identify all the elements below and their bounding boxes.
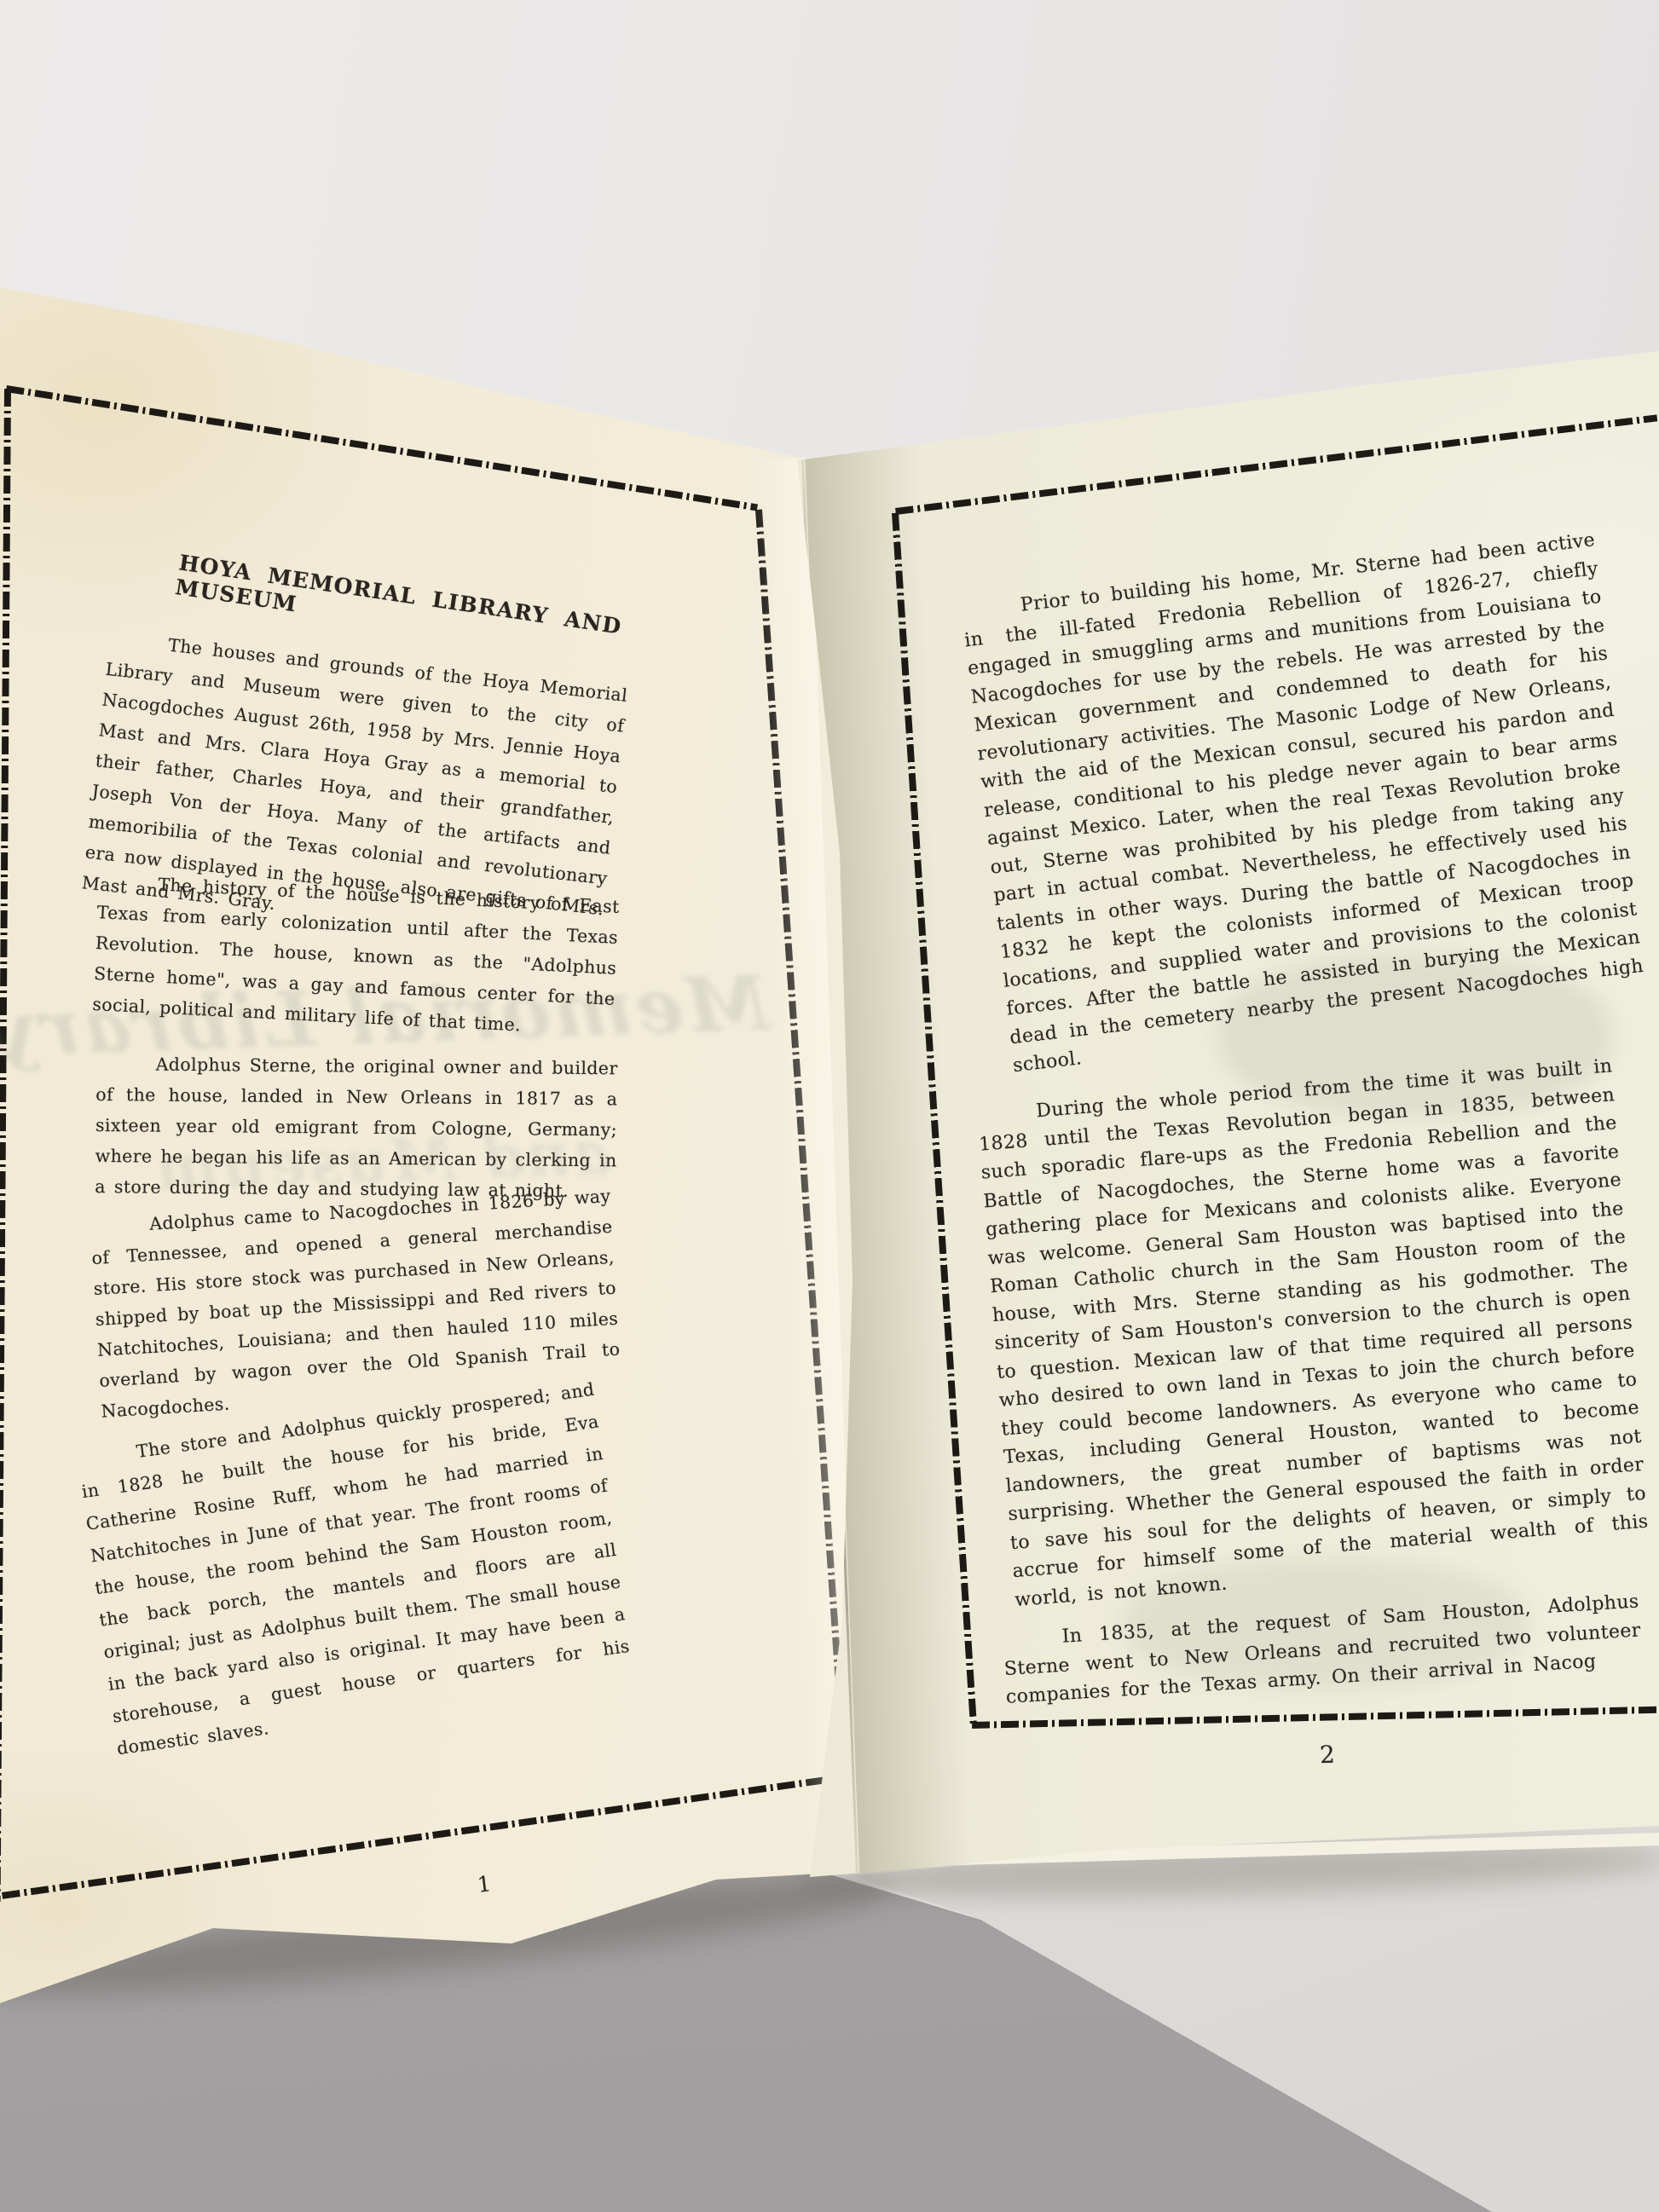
left-page-border-left — [0, 389, 11, 1902]
left-page-border-top — [6, 385, 758, 511]
paragraph: Prior to building his home, Mr. Sterne h… — [960, 526, 1649, 1081]
photo-of-open-booklet: Memorial Library and Museum HOYA MEMORIA… — [0, 0, 1659, 2212]
paragraph: The store and Adolphus quickly prospered… — [75, 1373, 636, 1765]
paragraph: The history of the house is the history … — [92, 866, 621, 1045]
paragraph: Adolphus Sterne, the original owner and … — [95, 1048, 618, 1206]
right-page-border-top — [895, 414, 1657, 515]
page-number: 2 — [1319, 1741, 1335, 1770]
paragraph: During the whole period from the time it… — [975, 1052, 1651, 1614]
right-page-border-bottom — [972, 1707, 1659, 1729]
page-number: 1 — [476, 1871, 492, 1897]
